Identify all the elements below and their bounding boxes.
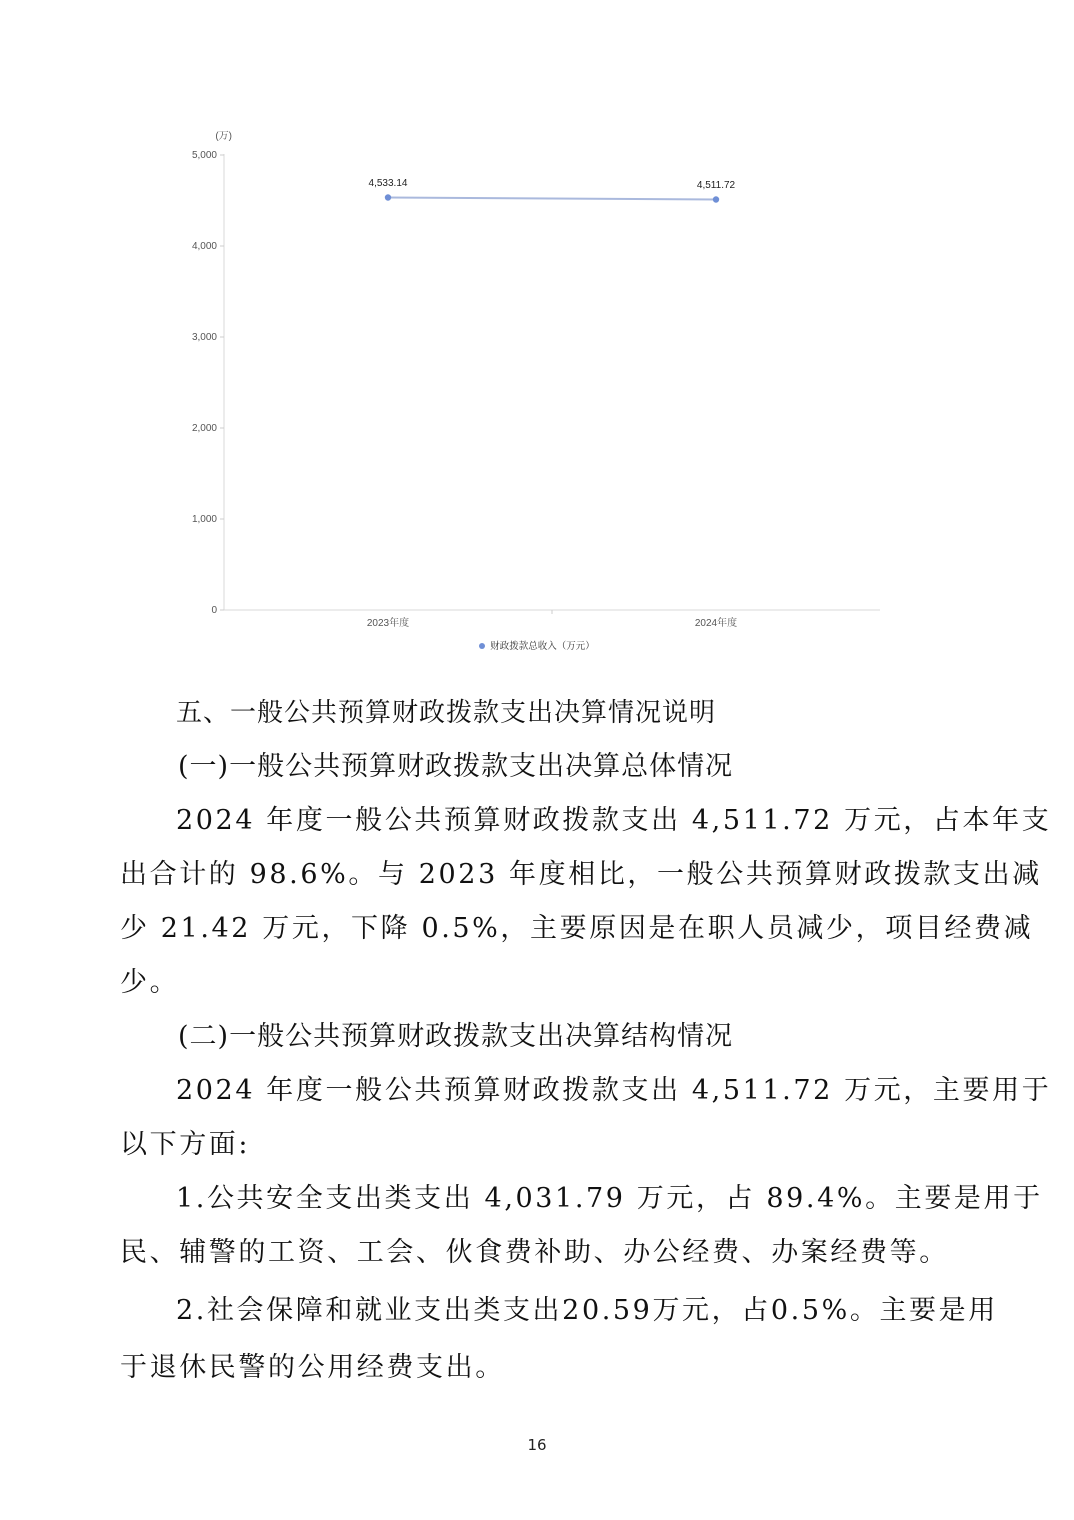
y-tick-label: 3,000 <box>192 332 217 343</box>
paragraph-line: 少。 <box>120 965 960 1001</box>
y-tick-label: 2,000 <box>192 423 217 434</box>
list-item-line: 于退休民警的公用经费支出。 <box>120 1350 960 1386</box>
line-chart: (万) 0 1,000 2,000 3,000 4,000 5,000 2023… <box>0 0 1074 670</box>
subsection-heading: (一)一般公共预算财政拨款支出决算总体情况 <box>178 749 1018 785</box>
list-item-line: 2.社会保障和就业支出类支出20.59万元，占0.5%。主要是用 <box>176 1293 1016 1329</box>
data-point[interactable] <box>713 196 719 202</box>
page-number: 16 <box>0 1436 1074 1454</box>
y-tick-label: 0 <box>211 605 217 616</box>
y-ticks: 0 1,000 2,000 3,000 4,000 5,000 <box>192 150 224 616</box>
paragraph-line: 2024 年度一般公共预算财政拨款支出 4,511.72 万元，占本年支 <box>176 803 1016 839</box>
y-tick-label: 1,000 <box>192 514 217 525</box>
list-item-line: 1.公共安全支出类支出 4,031.79 万元，占 89.4%。主要是用于 <box>176 1181 1016 1217</box>
legend-label: 财政拨款总收入（万元） <box>490 641 595 652</box>
paragraph-line: 以下方面: <box>120 1127 960 1163</box>
paragraph-line: 2024 年度一般公共预算财政拨款支出 4,511.72 万元，主要用于 <box>176 1073 1016 1109</box>
section-heading: 五、一般公共预算财政拨款支出决算情况说明 <box>176 695 1016 731</box>
y-unit-label: (万) <box>215 130 232 142</box>
data-label: 4,511.72 <box>697 180 736 191</box>
x-tick-label: 2023年度 <box>367 616 409 629</box>
y-tick-label: 5,000 <box>192 150 217 161</box>
list-item-line: 民、辅警的工资、工会、伙食费补助、办公经费、办案经费等。 <box>120 1235 960 1271</box>
data-point[interactable] <box>385 194 391 200</box>
data-label: 4,533.14 <box>369 178 408 189</box>
y-tick-label: 4,000 <box>192 241 217 252</box>
paragraph-line: 少 21.42 万元，下降 0.5%，主要原因是在职人员减少，项目经费减 <box>120 911 960 947</box>
legend-dot-icon <box>479 643 485 649</box>
subsection-heading: (二)一般公共预算财政拨款支出决算结构情况 <box>178 1019 1018 1055</box>
chart-legend[interactable]: 财政拨款总收入（万元） <box>0 638 1074 652</box>
x-tick-label: 2024年度 <box>695 616 737 629</box>
chart-canvas: (万) 0 1,000 2,000 3,000 4,000 5,000 2023… <box>0 0 1074 670</box>
series-line <box>388 198 716 200</box>
paragraph-line: 出合计的 98.6%。与 2023 年度相比，一般公共预算财政拨款支出减 <box>120 857 960 893</box>
